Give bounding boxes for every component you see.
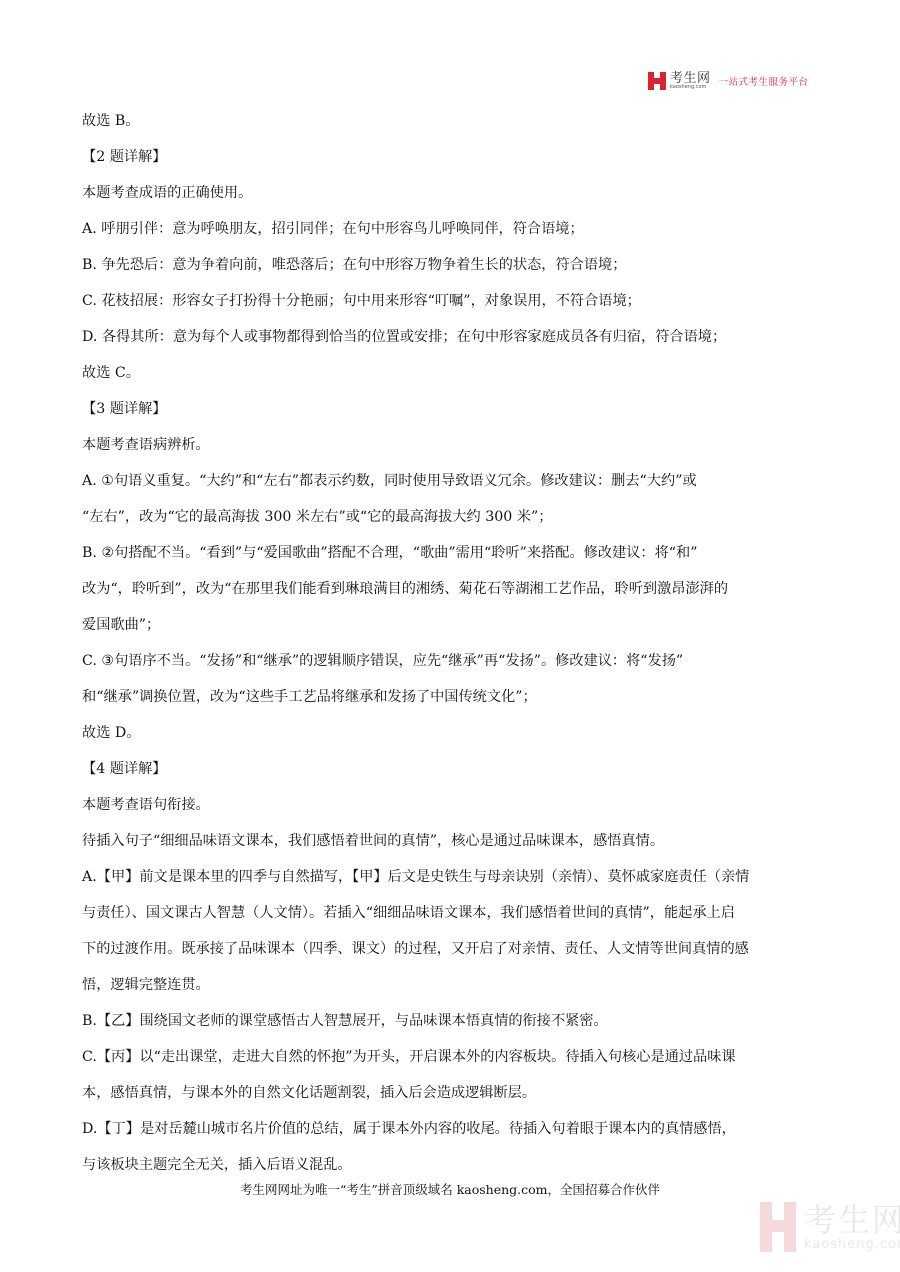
option-c-q3: C. ③句语序不当。“发扬”和“继承”的逻辑顺序错误，应先“继承”再“发扬”。修…	[82, 643, 822, 679]
option-a-q4: A.【甲】前文是课本里的四季与自然描写，【甲】后文是史铁生与母亲诀别（亲情）、莫…	[82, 859, 822, 895]
conclusion-q3: 故选 D。	[82, 715, 822, 751]
logo-text: 考生网 kaosheng.com	[670, 72, 711, 90]
option-b-q3-cont: 改为“，聆听到”，改为“在那里我们能看到琳琅满目的湘绣、菊花石等湖湘工艺作品，聆…	[82, 571, 822, 607]
option-b-q3: B. ②句搭配不当。“看到”与“爱国歌曲”搭配不合理，“歌曲”需用“聆听”来搭配…	[82, 535, 822, 571]
option-c-q4: C.【丙】以“走出课堂，走进大自然的怀抱”为开头，开启课本外的内容板块。待插入句…	[82, 1039, 822, 1075]
text-line: 待插入句子“细细品味语文课本，我们感悟着世间的真情”，核心是通过品味课本，感悟真…	[82, 823, 822, 859]
conclusion-q1: 故选 B。	[82, 103, 822, 139]
section-heading-q4: 【4 题详解】	[82, 751, 822, 787]
option-a-q3-cont: “左右”，改为“它的最高海拔 300 米左右”或“它的最高海拔大约 300 米”…	[82, 499, 822, 535]
header-logo: 考生网 kaosheng.com 一站式考生服务平台	[648, 72, 809, 90]
option-d-q4-cont: 与该板块主题完全无关，插入后语义混乱。	[82, 1147, 822, 1183]
watermark-logo: 考生网 kaosheng.com	[760, 1202, 900, 1252]
option-a-q4-cont: 下的过渡作用。既承接了品味课本（四季、课文）的过程，又开启了对亲情、责任、人文情…	[82, 931, 822, 967]
section-heading-q2: 【2 题详解】	[82, 139, 822, 175]
text-line: 本题考查语病辨析。	[82, 427, 822, 463]
logo-en: kaosheng.com	[670, 85, 711, 90]
text-line: 本题考查成语的正确使用。	[82, 175, 822, 211]
option-c-q4-cont: 本，感悟真情，与课本外的自然文化话题割裂，插入后会造成逻辑断层。	[82, 1075, 822, 1111]
header-slogan: 一站式考生服务平台	[719, 74, 809, 88]
kaosheng-logo-icon	[648, 72, 666, 90]
option-c-q3-cont: 和“继承”调换位置，改为“这些手工艺品将继承和发扬了中国传统文化”；	[82, 679, 822, 715]
watermark-en: kaosheng.com	[804, 1238, 900, 1251]
option-a-q4-cont: 与责任）、国文课古人智慧（人文情）。若插入“细细品味语文课本，我们感悟着世间的真…	[82, 895, 822, 931]
option-a-q3: A. ①句语义重复。“大约”和“左右”都表示约数，同时使用导致语义冗余。修改建议…	[82, 463, 822, 499]
watermark-cn: 考生网	[804, 1204, 900, 1236]
option-b-q3-cont: 爱国歌曲”；	[82, 607, 822, 643]
option-d-q2: D. 各得其所：意为每个人或事物都得到恰当的位置或安排；在句中形容家庭成员各有归…	[82, 319, 822, 355]
conclusion-q2: 故选 C。	[82, 355, 822, 391]
text-line: 本题考查语句衔接。	[82, 787, 822, 823]
watermark-mark-icon	[760, 1202, 796, 1252]
section-heading-q3: 【3 题详解】	[82, 391, 822, 427]
option-a-q4-cont: 悟，逻辑完整连贯。	[82, 967, 822, 1003]
option-c-q2: C. 花枝招展：形容女子打扮得十分艳丽；句中用来形容“叮嘱”，对象误用，不符合语…	[82, 283, 822, 319]
option-b-q2: B. 争先恐后：意为争着向前，唯恐落后；在句中形容万物争着生长的状态，符合语境；	[82, 247, 822, 283]
option-a-q2: A. 呼朋引伴：意为呼唤朋友，招引同伴；在句中形容鸟儿呼唤同伴，符合语境；	[82, 211, 822, 247]
option-d-q4: D.【丁】是对岳麓山城市名片价值的总结，属于课本外内容的收尾。待插入句着眼于课本…	[82, 1111, 822, 1147]
footer-text: 考生网网址为唯一“考生”拼音顶级域名 kaosheng.com，全国招募合作伙伴	[0, 1180, 900, 1198]
document-body: 故选 B。 【2 题详解】 本题考查成语的正确使用。 A. 呼朋引伴：意为呼唤朋…	[82, 103, 822, 1183]
option-b-q4: B.【乙】围绕国文老师的课堂感悟古人智慧展开，与品味课本悟真情的衔接不紧密。	[82, 1003, 822, 1039]
